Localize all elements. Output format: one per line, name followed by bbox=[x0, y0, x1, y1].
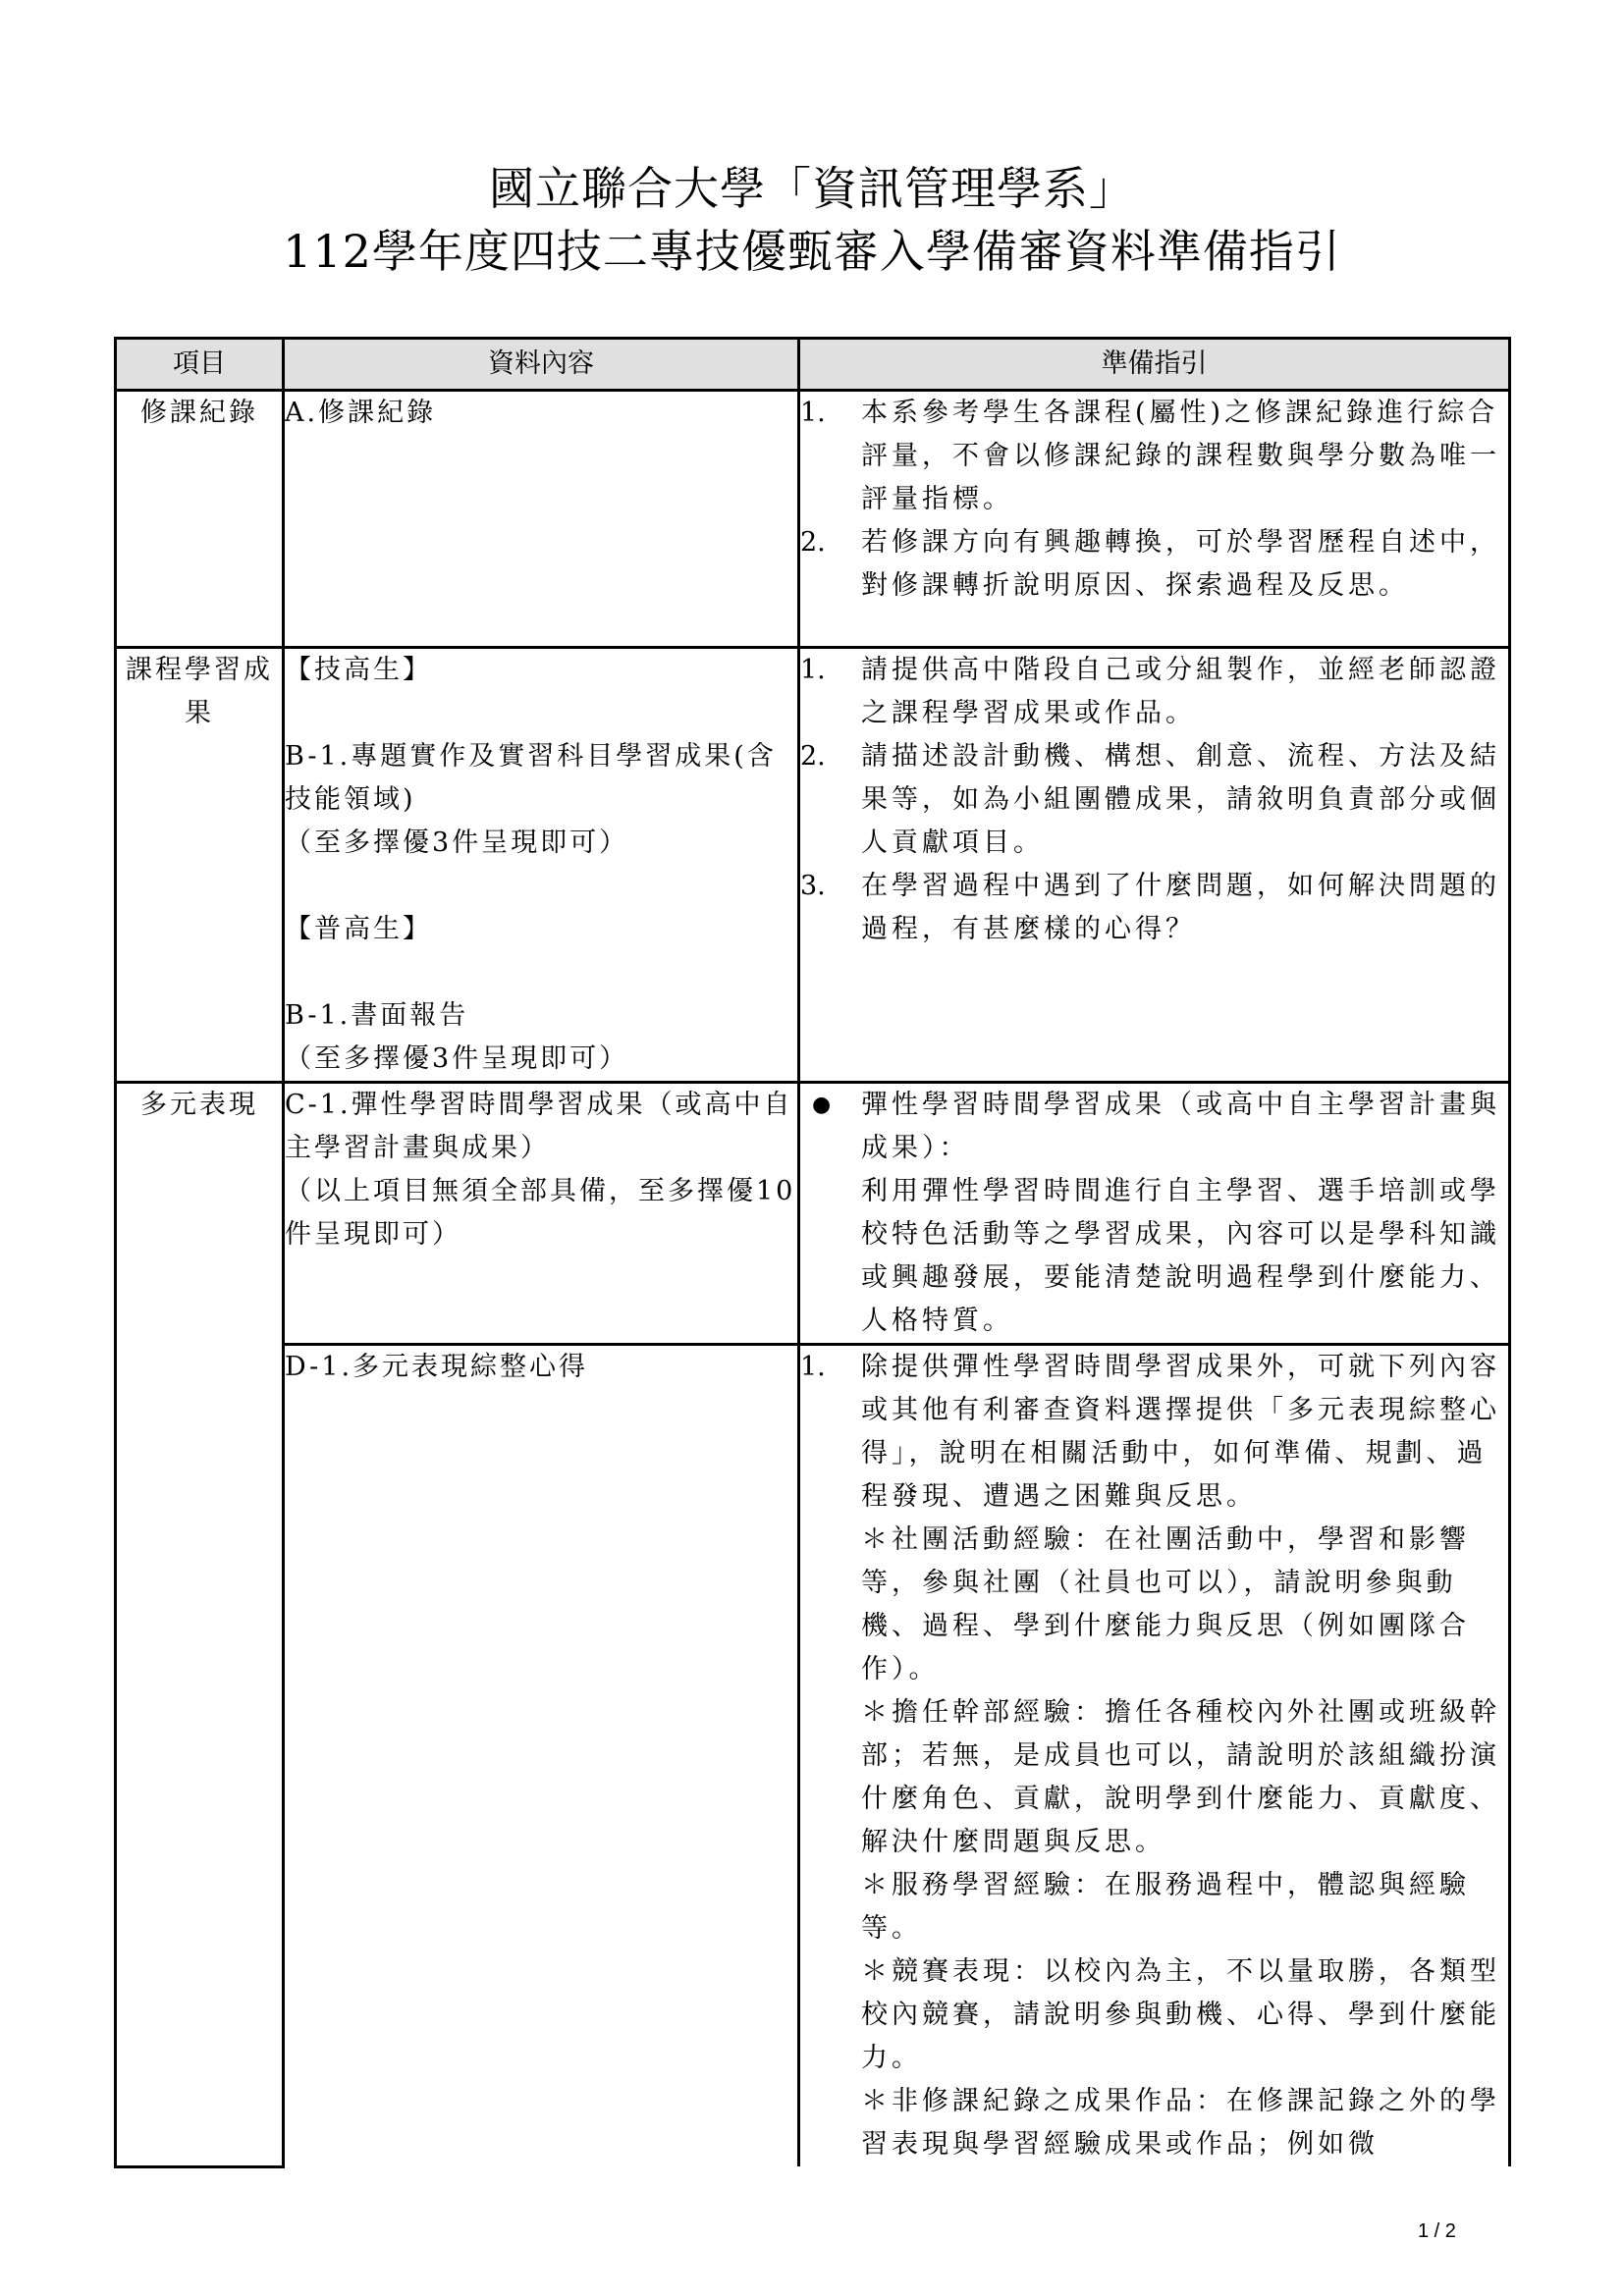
guide-subitem: ＊社團活動經驗：在社團活動中，學習和影響等，參與社團（社員也可以），請說明參與動… bbox=[861, 1519, 1508, 1691]
guide-text: 若修課方向有興趣轉換，可於學習歷程自述中，對修課轉折說明原因、探索過程及反思。 bbox=[861, 527, 1500, 601]
spacer bbox=[285, 865, 797, 908]
spacer bbox=[285, 951, 797, 994]
list-marker: 3. bbox=[800, 865, 826, 908]
guide-cell: 1.本系參考學生各課程(屬性)之修課紀錄進行綜合評量，不會以修課紀錄的課程數與學… bbox=[799, 391, 1510, 648]
spacer bbox=[285, 692, 797, 735]
guide-subitem: ＊非修課紀錄之成果作品：在修課記錄之外的學習表現與學習經驗成果或作品；例如微 bbox=[861, 2080, 1508, 2166]
list-marker: 1. bbox=[800, 649, 826, 692]
header-content: 資料內容 bbox=[284, 339, 799, 391]
guide-subitem: ＊擔任幹部經驗：擔任各種校內外社團或班級幹部；若無，是成員也可以，請說明於該組織… bbox=[861, 1691, 1508, 1864]
content-cell: 【技高生】 B-1.專題實作及實習科目學習成果(含技能領域) （至多擇優3件呈現… bbox=[284, 648, 799, 1083]
table-row: 修課紀錄 A.修課紀錄 1.本系參考學生各課程(屬性)之修課紀錄進行綜合評量，不… bbox=[116, 391, 1510, 648]
content-cell: C-1.彈性學習時間學習成果（或高中自主學習計畫與成果） （以上項目無須全部具備… bbox=[284, 1083, 799, 1345]
content-line: （以上項目無須全部具備，至多擇優10件呈現即可） bbox=[285, 1170, 797, 1256]
list-marker: 2. bbox=[800, 735, 826, 778]
guide-subitem: ＊競賽表現：以校內為主，不以量取勝，各類型校內競賽，請說明參與動機、心得、學到什… bbox=[861, 1950, 1508, 2080]
table-row: 課程學習成果 【技高生】 B-1.專題實作及實習科目學習成果(含技能領域) （至… bbox=[116, 648, 1510, 1083]
category-cell: 修課紀錄 bbox=[116, 391, 284, 648]
guide-item: 2.請描述設計動機、構想、創意、流程、方法及結果等，如為小組團體成果，請敘明負責… bbox=[800, 735, 1508, 865]
list-marker: 1. bbox=[800, 1346, 826, 1389]
document-title-line2: 112學年度四技二專技優甄審入學備審資料準備指引 bbox=[0, 222, 1624, 281]
list-marker: 2. bbox=[800, 521, 826, 564]
guide-cell: 1.除提供彈性學習時間學習成果外，可就下列內容或其他有利審查資料選擇提供「多元表… bbox=[799, 1345, 1510, 2167]
guide-list: 1.本系參考學生各課程(屬性)之修課紀錄進行綜合評量，不會以修課紀錄的課程數與學… bbox=[800, 392, 1508, 608]
guide-subitem: ＊服務學習經驗：在服務過程中，體認與經驗等。 bbox=[861, 1864, 1508, 1950]
content-line: B-1.書面報告 bbox=[285, 994, 797, 1038]
guide-text: 本系參考學生各課程(屬性)之修課紀錄進行綜合評量，不會以修課紀錄的課程數與學分數… bbox=[861, 398, 1500, 514]
guide-item: 1.除提供彈性學習時間學習成果外，可就下列內容或其他有利審查資料選擇提供「多元表… bbox=[800, 1346, 1508, 2166]
guide-text: 請提供高中階段自己或分組製作，並經老師認證之課程學習成果或作品。 bbox=[861, 655, 1500, 728]
guide-item: 1.本系參考學生各課程(屬性)之修課紀錄進行綜合評量，不會以修課紀錄的課程數與學… bbox=[800, 392, 1508, 521]
guide-cell: 1.請提供高中階段自己或分組製作，並經老師認證之課程學習成果或作品。 2.請描述… bbox=[799, 648, 1510, 1083]
guide-text: 彈性學習時間學習成果（或高中自主學習計畫與成果）： bbox=[861, 1090, 1500, 1163]
content-line: 【技高生】 bbox=[285, 649, 797, 692]
guide-item: 1.請提供高中階段自己或分組製作，並經老師認證之課程學習成果或作品。 bbox=[800, 649, 1508, 735]
list-marker: 1. bbox=[800, 392, 826, 435]
guide-text: 在學習過程中遇到了什麼問題，如何解決問題的過程，有甚麼樣的心得？ bbox=[861, 871, 1500, 944]
content-cell: A.修課紀錄 bbox=[284, 391, 799, 648]
header-item: 項目 bbox=[116, 339, 284, 391]
guide-list: 1.請提供高中階段自己或分組製作，並經老師認證之課程學習成果或作品。 2.請描述… bbox=[800, 649, 1508, 951]
content-line: （至多擇優3件呈現即可） bbox=[285, 822, 797, 865]
guide-list: ●彈性學習時間學習成果（或高中自主學習計畫與成果）：利用彈性學習時間進行自主學習… bbox=[800, 1084, 1508, 1343]
page-number: 1 / 2 bbox=[1418, 2220, 1456, 2243]
content-cell: D-1.多元表現綜整心得 bbox=[284, 1345, 799, 2167]
guide-item: 3.在學習過程中遇到了什麼問題，如何解決問題的過程，有甚麼樣的心得？ bbox=[800, 865, 1508, 951]
content-line: （至多擇優3件呈現即可） bbox=[285, 1038, 797, 1081]
content-line: 【普高生】 bbox=[285, 908, 797, 951]
content-line: C-1.彈性學習時間學習成果（或高中自主學習計畫與成果） bbox=[285, 1084, 797, 1170]
content-line: B-1.專題實作及實習科目學習成果(含技能領域) bbox=[285, 735, 797, 822]
preparation-guide-table: 項目 資料內容 準備指引 修課紀錄 A.修課紀錄 1.本系參考學生各課程(屬性)… bbox=[114, 337, 1511, 2168]
content-line: D-1.多元表現綜整心得 bbox=[285, 1346, 797, 1389]
guide-text: 請描述設計動機、構想、創意、流程、方法及結果等，如為小組團體成果，請敘明負責部分… bbox=[861, 741, 1500, 858]
table-header-row: 項目 資料內容 準備指引 bbox=[116, 339, 1510, 391]
guide-text-detail: 利用彈性學習時間進行自主學習、選手培訓或學校特色活動等之學習成果，內容可以是學科… bbox=[861, 1176, 1500, 1336]
guide-item: ●彈性學習時間學習成果（或高中自主學習計畫與成果）：利用彈性學習時間進行自主學習… bbox=[800, 1084, 1508, 1343]
guide-list: 1.除提供彈性學習時間學習成果外，可就下列內容或其他有利審查資料選擇提供「多元表… bbox=[800, 1346, 1508, 2166]
table-row: 多元表現 C-1.彈性學習時間學習成果（或高中自主學習計畫與成果） （以上項目無… bbox=[116, 1083, 1510, 1345]
content-line: A.修課紀錄 bbox=[285, 392, 797, 435]
table-row: D-1.多元表現綜整心得 1.除提供彈性學習時間學習成果外，可就下列內容或其他有… bbox=[116, 1345, 1510, 2167]
guide-cell: ●彈性學習時間學習成果（或高中自主學習計畫與成果）：利用彈性學習時間進行自主學習… bbox=[799, 1083, 1510, 1345]
guide-text: 除提供彈性學習時間學習成果外，可就下列內容或其他有利審查資料選擇提供「多元表現綜… bbox=[861, 1352, 1500, 1512]
category-cell: 多元表現 bbox=[116, 1083, 284, 2167]
category-cell: 課程學習成果 bbox=[116, 648, 284, 1083]
document-title-line1: 國立聯合大學「資訊管理學系」 bbox=[0, 159, 1624, 218]
bullet-icon: ● bbox=[812, 1084, 831, 1127]
guide-item: 2.若修課方向有興趣轉換，可於學習歷程自述中，對修課轉折說明原因、探索過程及反思… bbox=[800, 521, 1508, 608]
header-guide: 準備指引 bbox=[799, 339, 1510, 391]
